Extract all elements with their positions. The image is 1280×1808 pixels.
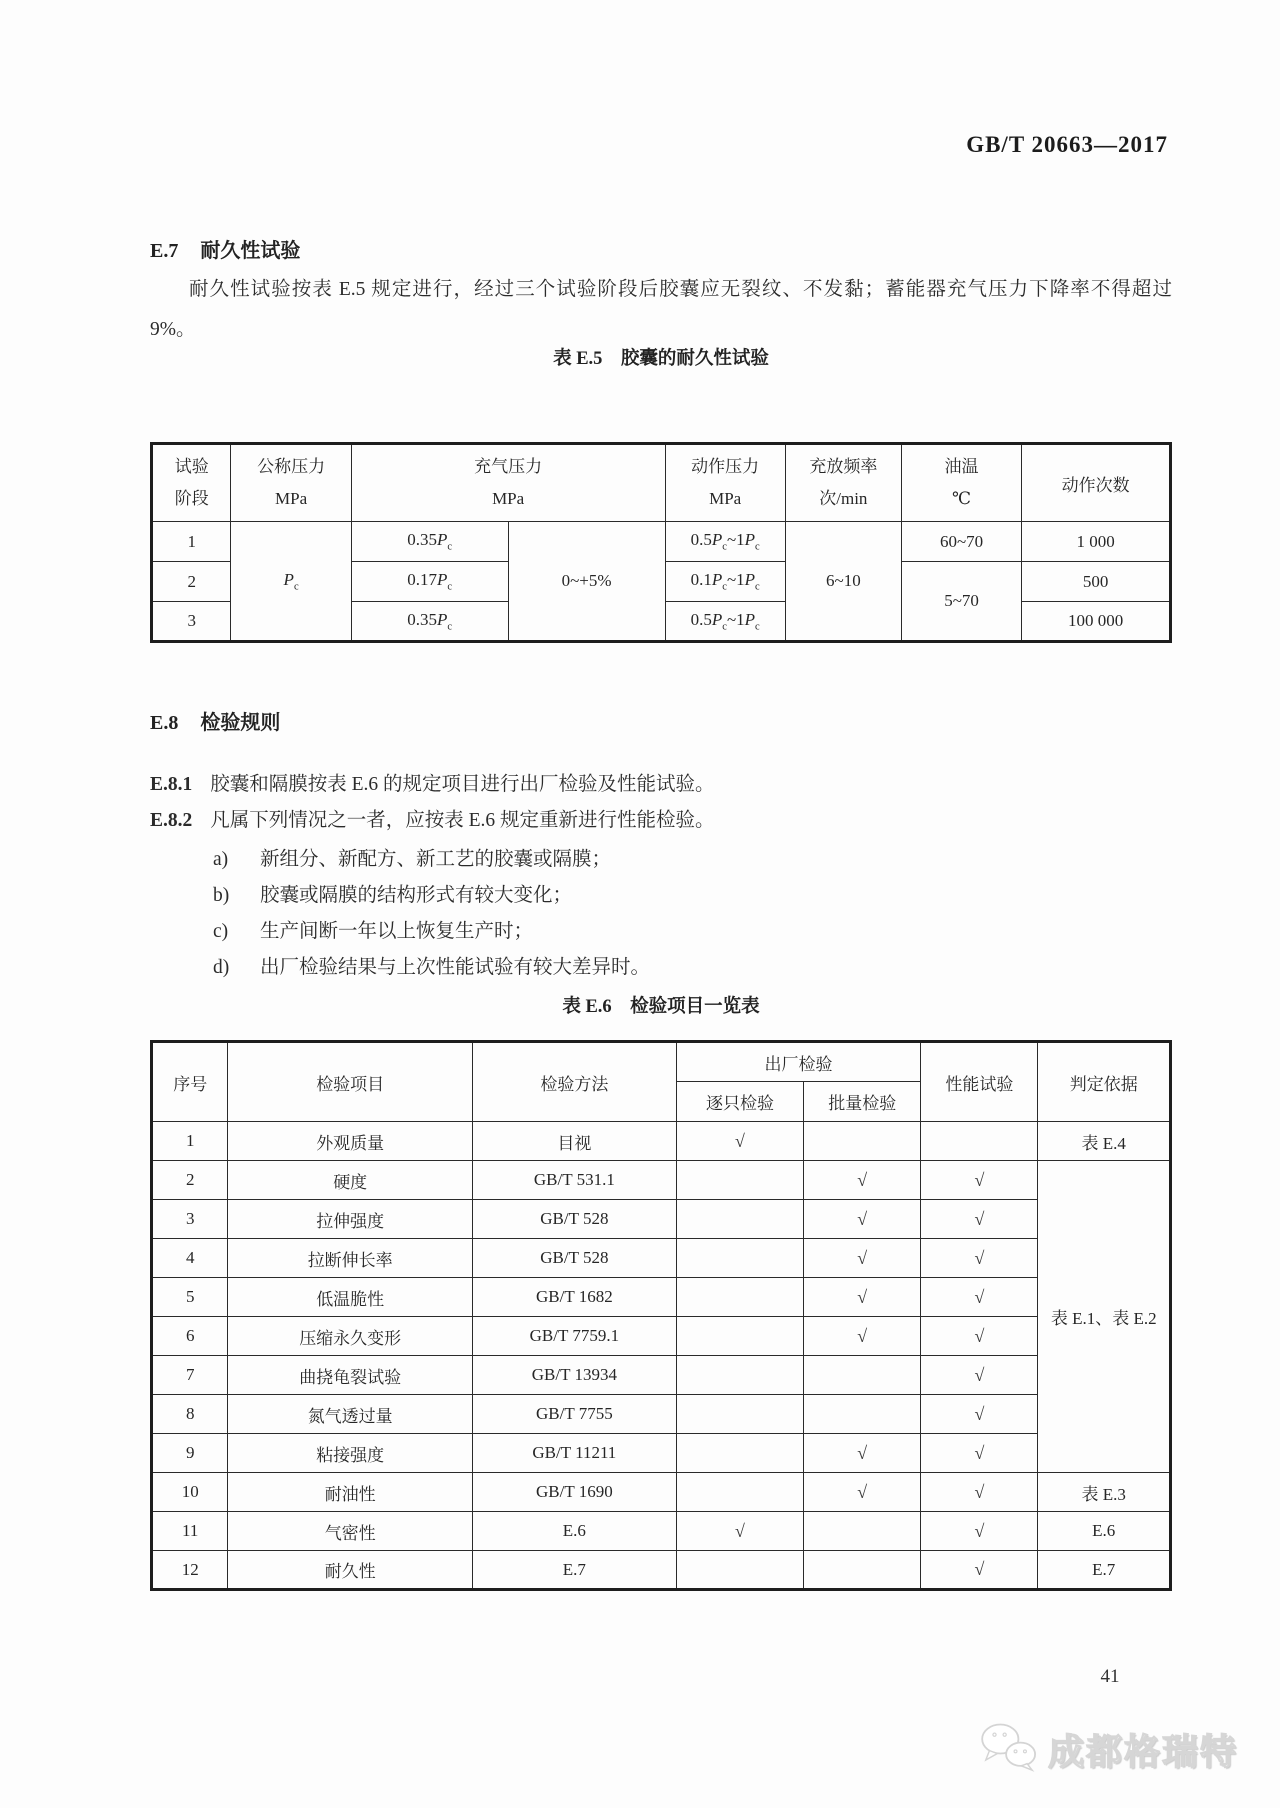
cell-freq-merged: 6~10 (785, 522, 901, 642)
header-cell-item: 检验项目 (228, 1042, 473, 1122)
cell-batch: √ (804, 1239, 921, 1278)
cell-no: 7 (152, 1356, 228, 1395)
cell-method: GB/T 1682 (472, 1278, 676, 1317)
header-cell-perf: 性能试验 (921, 1042, 1038, 1122)
cell-each (676, 1278, 803, 1317)
header-cell-nominal: 公称压力MPa (231, 444, 351, 522)
clause-e8-2: E.8.2凡属下列情况之一者，应按表 E.6 规定重新进行性能检验。 (150, 804, 1172, 832)
cell-no: 1 (152, 1122, 228, 1161)
cell-method: E.7 (472, 1551, 676, 1590)
table-row: 12耐久性E.7√E.7 (152, 1551, 1171, 1590)
cell-batch: √ (804, 1434, 921, 1473)
list-item-text: 生产间断一年以上恢复生产时； (260, 921, 533, 942)
cell-method: GB/T 13934 (472, 1356, 676, 1395)
clause-text: 胶囊和隔膜按表 E.6 的规定项目进行出厂检验及性能试验。 (210, 774, 714, 795)
cell-perf: √ (921, 1317, 1038, 1356)
header-cell-each: 逐只检验 (676, 1082, 803, 1122)
table-e6: 序号 检验项目 检验方法 出厂检验 性能试验 判定依据 逐只检验 批量检验 1外… (150, 1040, 1172, 1591)
cell-item: 耐久性 (228, 1551, 473, 1590)
list-item-text: 胶囊或隔膜的结构形式有较大变化； (260, 885, 572, 906)
header-cell-action: 动作压力MPa (665, 444, 785, 522)
cell-perf: √ (921, 1434, 1038, 1473)
cell-item: 低温脆性 (228, 1278, 473, 1317)
cell-each (676, 1395, 803, 1434)
cell-perf: √ (921, 1356, 1038, 1395)
list-item-label: d) (213, 957, 260, 979)
cell-item: 粘接强度 (228, 1434, 473, 1473)
cell-no: 4 (152, 1239, 228, 1278)
watermark-text: 成都格瑞特 (1048, 1724, 1238, 1775)
cell-charge: 0.35Pc (351, 602, 508, 642)
document-page: GB/T 20663—2017 E.7耐久性试验 耐久性试验按表 E.5 规定进… (0, 0, 1280, 1808)
list-item-label: b) (213, 885, 260, 907)
header-cell-stage: 试验阶段 (152, 444, 231, 522)
cell-perf (921, 1122, 1038, 1161)
clause-number: E.8.1 (150, 774, 192, 795)
cell-no: 5 (152, 1278, 228, 1317)
cell-method: GB/T 7759.1 (472, 1317, 676, 1356)
list-item-text: 新组分、新配方、新工艺的胶囊或隔膜； (260, 849, 611, 870)
cell-nominal-merged: Pc (231, 522, 351, 642)
cell-each (676, 1239, 803, 1278)
cell-method: GB/T 7755 (472, 1395, 676, 1434)
watermark: 成都格瑞特 (980, 1722, 1238, 1777)
header-cell-freq: 充放频率次/min (785, 444, 901, 522)
cell-no: 10 (152, 1473, 228, 1512)
cell-perf: √ (921, 1512, 1038, 1551)
cell-basis: 表 E.3 (1038, 1473, 1171, 1512)
header-cell-method: 检验方法 (472, 1042, 676, 1122)
cell-no: 2 (152, 1161, 228, 1200)
cell-oil: 60~70 (901, 522, 1021, 562)
table-row: 4拉断伸长率GB/T 528√√ (152, 1239, 1171, 1278)
cell-batch (804, 1395, 921, 1434)
cell-item: 氮气透过量 (228, 1395, 473, 1434)
cell-basis: 表 E.4 (1038, 1122, 1171, 1161)
section-number: E.8 (150, 712, 178, 734)
page-number: 41 (1080, 1666, 1140, 1688)
doc-code: GB/T 20663—2017 (966, 132, 1168, 158)
cell-each (676, 1161, 803, 1200)
header-cell-factory: 出厂检验 (676, 1042, 921, 1082)
cell-batch (804, 1512, 921, 1551)
cell-batch (804, 1122, 921, 1161)
table-row: 1外观质量目视√表 E.4 (152, 1122, 1171, 1161)
table-row: 7曲挠龟裂试验GB/T 13934√ (152, 1356, 1171, 1395)
cell-method: GB/T 528 (472, 1200, 676, 1239)
cell-each (676, 1551, 803, 1590)
cell-perf: √ (921, 1278, 1038, 1317)
clause-text: 凡属下列情况之一者，应按表 E.6 规定重新进行性能检验。 (210, 810, 714, 831)
cell-charge: 0.35Pc (351, 522, 508, 562)
cell-item: 耐油性 (228, 1473, 473, 1512)
cell-method: GB/T 11211 (472, 1434, 676, 1473)
cell-action: 0.5Pc~1Pc (665, 522, 785, 562)
cell-basis: E.6 (1038, 1512, 1171, 1551)
cell-each (676, 1317, 803, 1356)
cell-perf: √ (921, 1239, 1038, 1278)
paragraph-e7: 耐久性试验按表 E.5 规定进行，经过三个试验阶段后胶囊应无裂纹、不发黏；蓄能器… (150, 270, 1172, 350)
table-e5-header-row: 试验阶段 公称压力MPa 充气压力MPa 动作压力MPa 充放频率次/min 油… (152, 444, 1171, 522)
list-item: a)新组分、新配方、新工艺的胶囊或隔膜； (213, 843, 611, 871)
cell-method: GB/T 1690 (472, 1473, 676, 1512)
cell-no: 11 (152, 1512, 228, 1551)
section-title: 检验规则 (200, 712, 280, 734)
cell-item: 拉伸强度 (228, 1200, 473, 1239)
cell-batch (804, 1551, 921, 1590)
table-e6-body: 1外观质量目视√表 E.42硬度GB/T 531.1√√表 E.1、表 E.23… (152, 1122, 1171, 1590)
cell-action: 0.1Pc~1Pc (665, 562, 785, 602)
cell-batch: √ (804, 1317, 921, 1356)
cell-no: 9 (152, 1434, 228, 1473)
section-title: 耐久性试验 (200, 240, 300, 262)
table-row: 10耐油性GB/T 1690√√表 E.3 (152, 1473, 1171, 1512)
table-row: 8氮气透过量GB/T 7755√ (152, 1395, 1171, 1434)
section-number: E.7 (150, 240, 178, 262)
cell-perf: √ (921, 1473, 1038, 1512)
cell-each: √ (676, 1512, 803, 1551)
header-cell-charge: 充气压力MPa (351, 444, 665, 522)
clause-number: E.8.2 (150, 810, 192, 831)
cell-basis: 表 E.1、表 E.2 (1038, 1161, 1171, 1473)
header-cell-oil: 油温℃ (901, 444, 1021, 522)
cell-each (676, 1200, 803, 1239)
header-cell-basis: 判定依据 (1038, 1042, 1171, 1122)
cell-batch (804, 1356, 921, 1395)
cell-item: 外观质量 (228, 1122, 473, 1161)
cell-stage: 1 (152, 522, 231, 562)
cell-oil-merged: 5~70 (901, 562, 1021, 642)
cell-each (676, 1434, 803, 1473)
cell-item: 压缩永久变形 (228, 1317, 473, 1356)
table-e5-caption: 表 E.5 胶囊的耐久性试验 (150, 344, 1172, 370)
cell-cycles: 1 000 (1022, 522, 1171, 562)
cell-charge: 0.17Pc (351, 562, 508, 602)
cell-perf: √ (921, 1161, 1038, 1200)
cell-each (676, 1356, 803, 1395)
cell-no: 3 (152, 1200, 228, 1239)
cell-perf: √ (921, 1551, 1038, 1590)
cell-item: 气密性 (228, 1512, 473, 1551)
cell-no: 6 (152, 1317, 228, 1356)
cell-batch: √ (804, 1200, 921, 1239)
cell-action: 0.5Pc~1Pc (665, 602, 785, 642)
cell-method: E.6 (472, 1512, 676, 1551)
list-item: c)生产间断一年以上恢复生产时； (213, 915, 533, 943)
cell-no: 12 (152, 1551, 228, 1590)
cell-basis: E.7 (1038, 1551, 1171, 1590)
cell-item: 拉断伸长率 (228, 1239, 473, 1278)
cell-batch: √ (804, 1161, 921, 1200)
table-e6-caption: 表 E.6 检验项目一览表 (150, 992, 1172, 1018)
cell-stage: 3 (152, 602, 231, 642)
list-item-label: c) (213, 921, 260, 943)
header-cell-batch: 批量检验 (804, 1082, 921, 1122)
cell-each (676, 1473, 803, 1512)
cell-stage: 2 (152, 562, 231, 602)
table-row: 11气密性E.6√√E.6 (152, 1512, 1171, 1551)
header-cell-cycles: 动作次数 (1022, 444, 1171, 522)
table-row: 6压缩永久变形GB/T 7759.1√√ (152, 1317, 1171, 1356)
wechat-icon (980, 1722, 1038, 1777)
clause-e8-1: E.8.1胶囊和隔膜按表 E.6 的规定项目进行出厂检验及性能试验。 (150, 768, 1172, 796)
section-heading-e7: E.7耐久性试验 (150, 234, 300, 263)
cell-perf: √ (921, 1200, 1038, 1239)
section-heading-e8: E.8检验规则 (150, 706, 280, 735)
table-row: 3拉伸强度GB/T 528√√ (152, 1200, 1171, 1239)
table-row: 5低温脆性GB/T 1682√√ (152, 1278, 1171, 1317)
cell-item: 硬度 (228, 1161, 473, 1200)
list-item-label: a) (213, 849, 260, 871)
cell-cycles: 500 (1022, 562, 1171, 602)
cell-item: 曲挠龟裂试验 (228, 1356, 473, 1395)
list-item: b)胶囊或隔膜的结构形式有较大变化； (213, 879, 572, 907)
cell-no: 8 (152, 1395, 228, 1434)
table-row: 9粘接强度GB/T 11211√√ (152, 1434, 1171, 1473)
cell-tolerance-merged: 0~+5% (508, 522, 665, 642)
cell-batch: √ (804, 1278, 921, 1317)
cell-each: √ (676, 1122, 803, 1161)
cell-method: GB/T 528 (472, 1239, 676, 1278)
cell-method: GB/T 531.1 (472, 1161, 676, 1200)
table-e5: 试验阶段 公称压力MPa 充气压力MPa 动作压力MPa 充放频率次/min 油… (150, 442, 1172, 643)
cell-cycles: 100 000 (1022, 602, 1171, 642)
table-e6-header-row: 序号 检验项目 检验方法 出厂检验 性能试验 判定依据 (152, 1042, 1171, 1082)
header-cell-no: 序号 (152, 1042, 228, 1122)
table-row: 2硬度GB/T 531.1√√表 E.1、表 E.2 (152, 1161, 1171, 1200)
cell-perf: √ (921, 1395, 1038, 1434)
list-item: d)出厂检验结果与上次性能试验有较大差异时。 (213, 951, 650, 979)
list-item-text: 出厂检验结果与上次性能试验有较大差异时。 (260, 957, 650, 978)
cell-method: 目视 (472, 1122, 676, 1161)
cell-batch: √ (804, 1473, 921, 1512)
table-row: 1 Pc 0.35Pc 0~+5% 0.5Pc~1Pc 6~10 60~70 1… (152, 522, 1171, 562)
